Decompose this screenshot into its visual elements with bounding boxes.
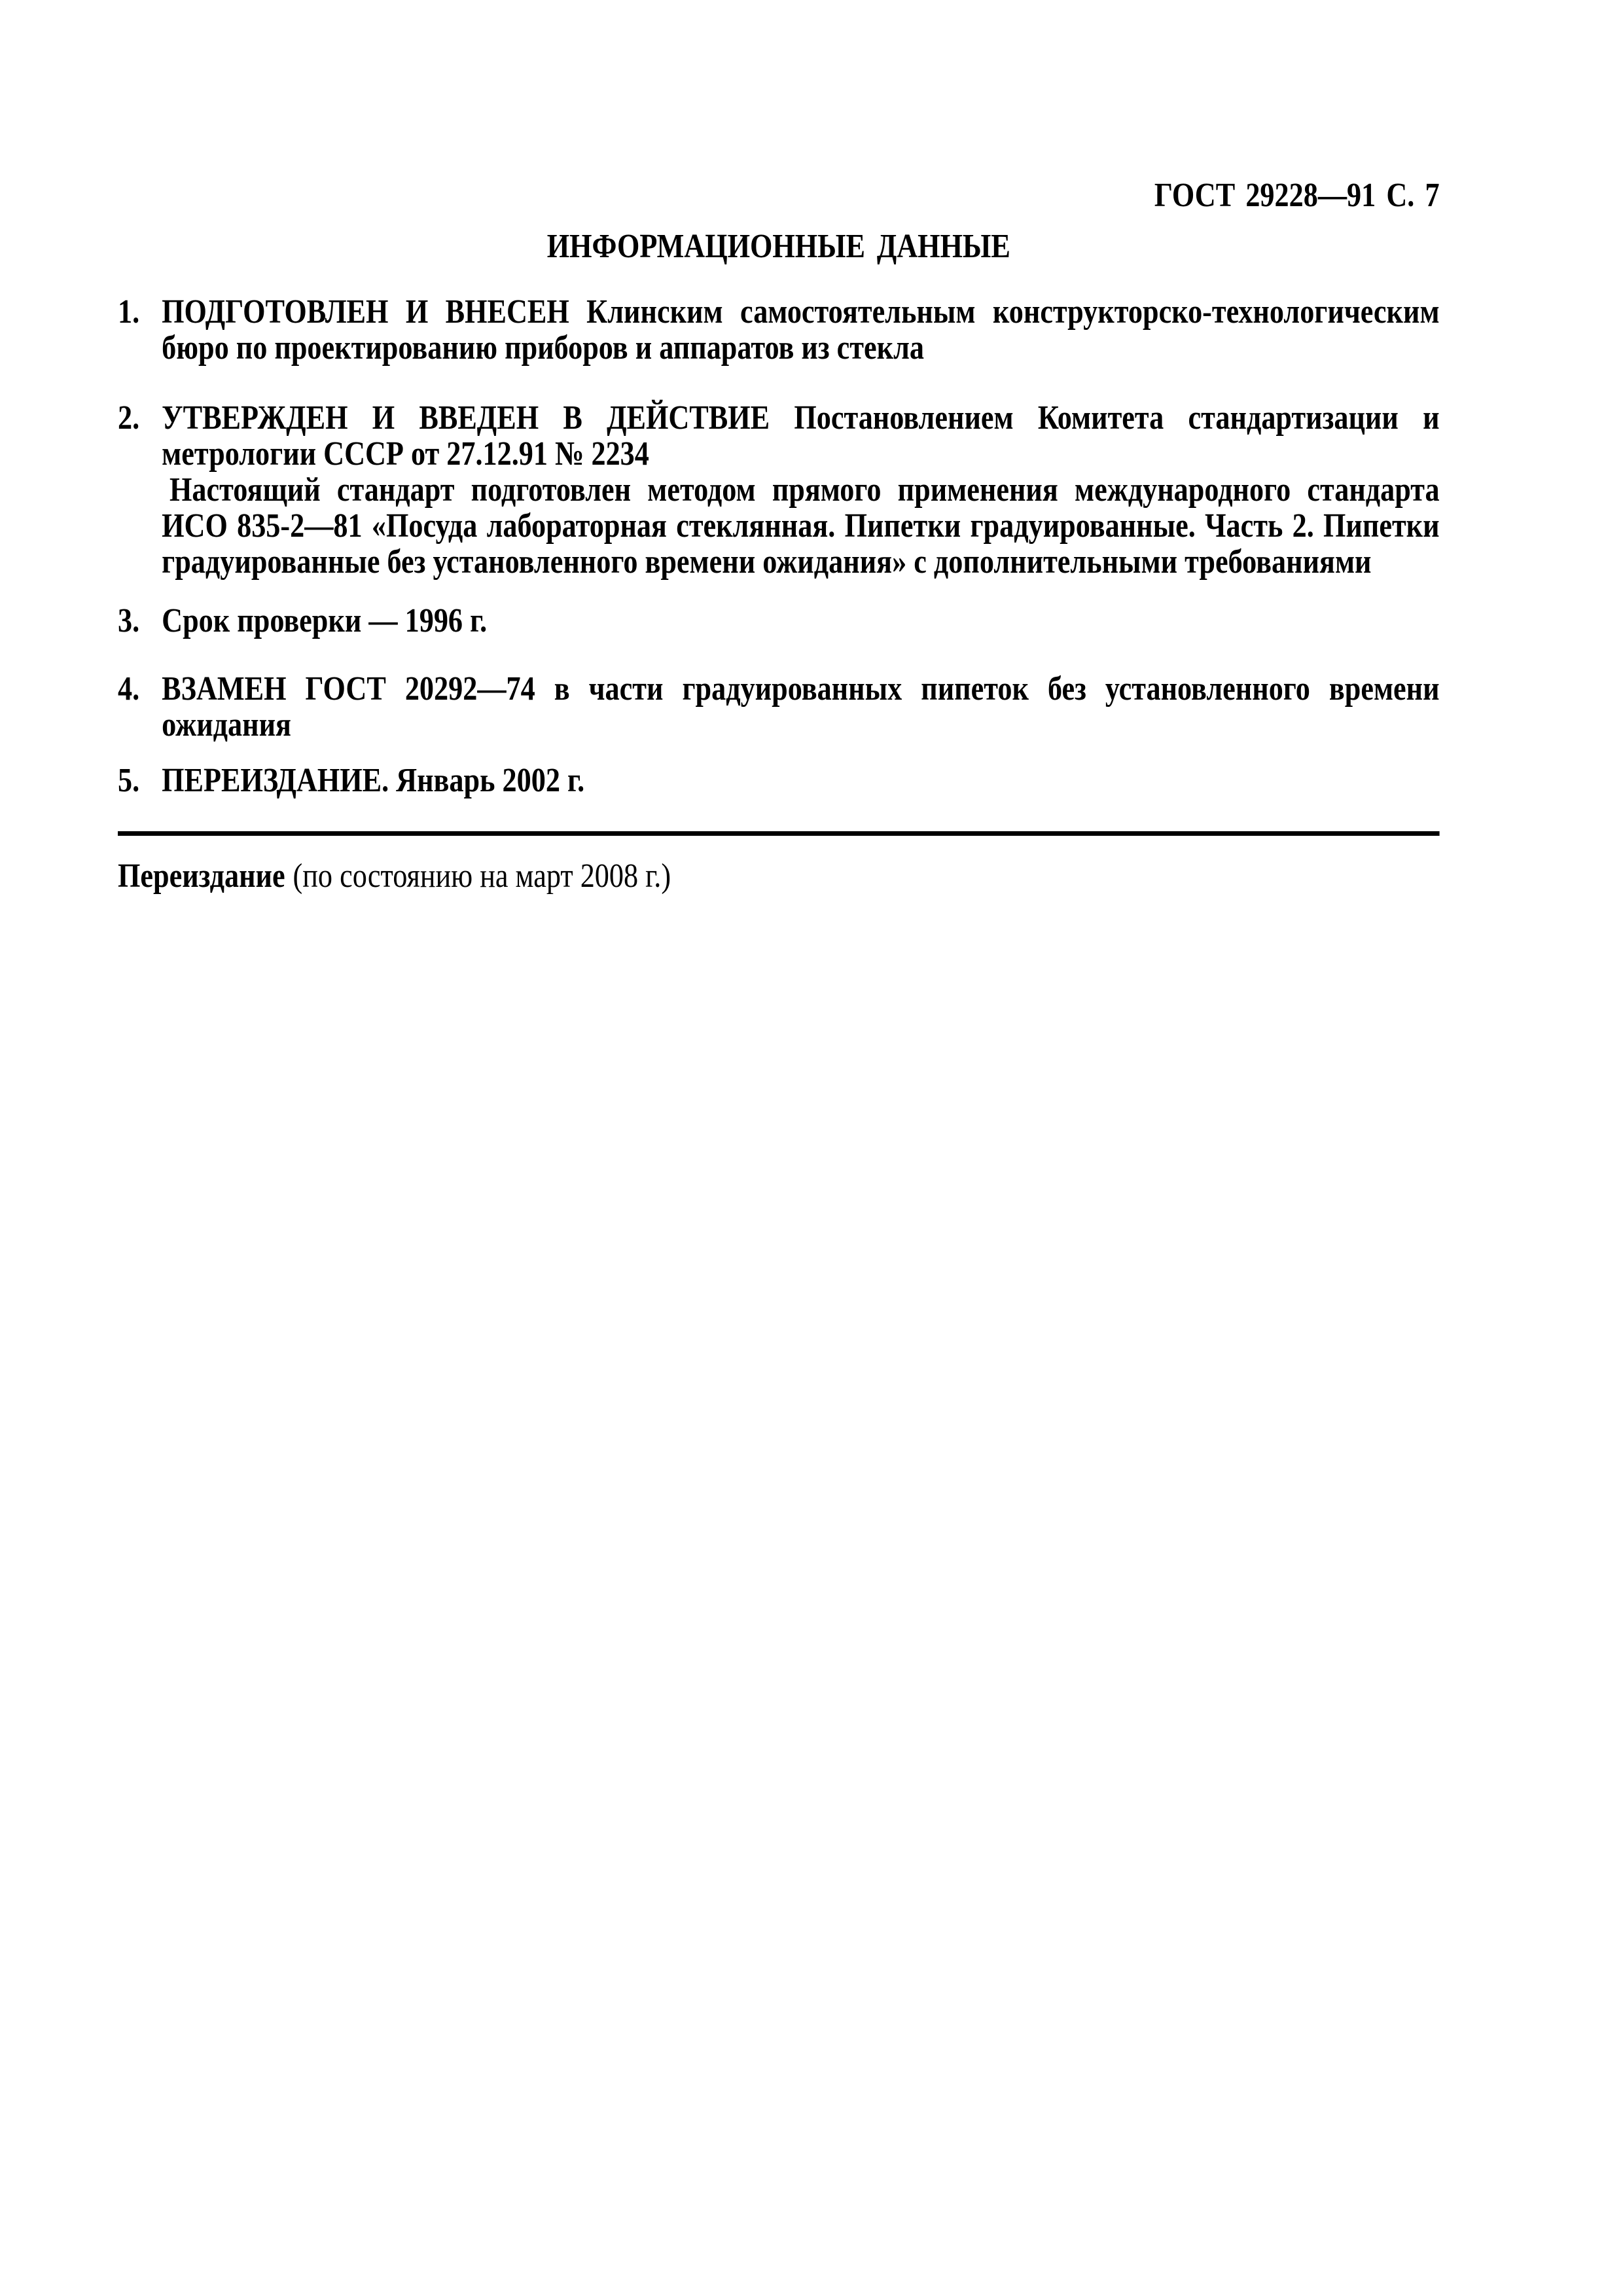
item-3-number: 3.	[118, 603, 139, 639]
footer-note-rest: (по состоянию на март 2008 г.)	[293, 857, 671, 895]
item-5-text: ПЕРЕИЗДАНИЕ. Январь 2002 г.	[162, 762, 1439, 798]
list-item-5: 5. ПЕРЕИЗДАНИЕ. Январь 2002 г.	[118, 762, 1440, 798]
item-2-text: УТВЕРЖДЕН И ВВЕДЕН В ДЕЙСТВИЕ Постановле…	[162, 400, 1439, 472]
item-1-text: ПОДГОТОВЛЕН И ВНЕСЕН Клинским самостояте…	[162, 294, 1439, 366]
list-item-1: 1. ПОДГОТОВЛЕН И ВНЕСЕН Клинским самосто…	[118, 294, 1440, 366]
item-4-number: 4.	[118, 671, 139, 707]
item-2-number: 2.	[118, 400, 139, 436]
item-2-subtext: Настоящий стандарт подготовлен методом п…	[162, 472, 1439, 580]
document-title: ИНФОРМАЦИОННЫЕ ДАННЫЕ	[118, 228, 1440, 264]
document-content: ГОСТ 29228—91 С. 7 ИНФОРМАЦИОННЫЕ ДАННЫЕ…	[118, 177, 1440, 894]
list-item-3: 3. Срок проверки — 1996 г.	[118, 603, 1440, 639]
list-item-4: 4. ВЗАМЕН ГОСТ 20292—74 в части градуиро…	[118, 671, 1440, 743]
document-page: ГОСТ 29228—91 С. 7 ИНФОРМАЦИОННЫЕ ДАННЫЕ…	[0, 0, 1623, 2296]
footer-note: Переиздание(по состоянию на март 2008 г.…	[118, 858, 1440, 894]
horizontal-rule	[118, 831, 1440, 836]
list-item-2: 2. УТВЕРЖДЕН И ВВЕДЕН В ДЕЙСТВИЕ Постано…	[118, 400, 1440, 580]
footer-note-lead: Переиздание	[118, 857, 285, 895]
page-header: ГОСТ 29228—91 С. 7	[118, 177, 1440, 213]
item-5-number: 5.	[118, 762, 139, 798]
item-3-text: Срок проверки — 1996 г.	[162, 603, 1439, 639]
item-4-text: ВЗАМЕН ГОСТ 20292—74 в части градуирован…	[162, 671, 1439, 743]
item-1-number: 1.	[118, 294, 139, 330]
